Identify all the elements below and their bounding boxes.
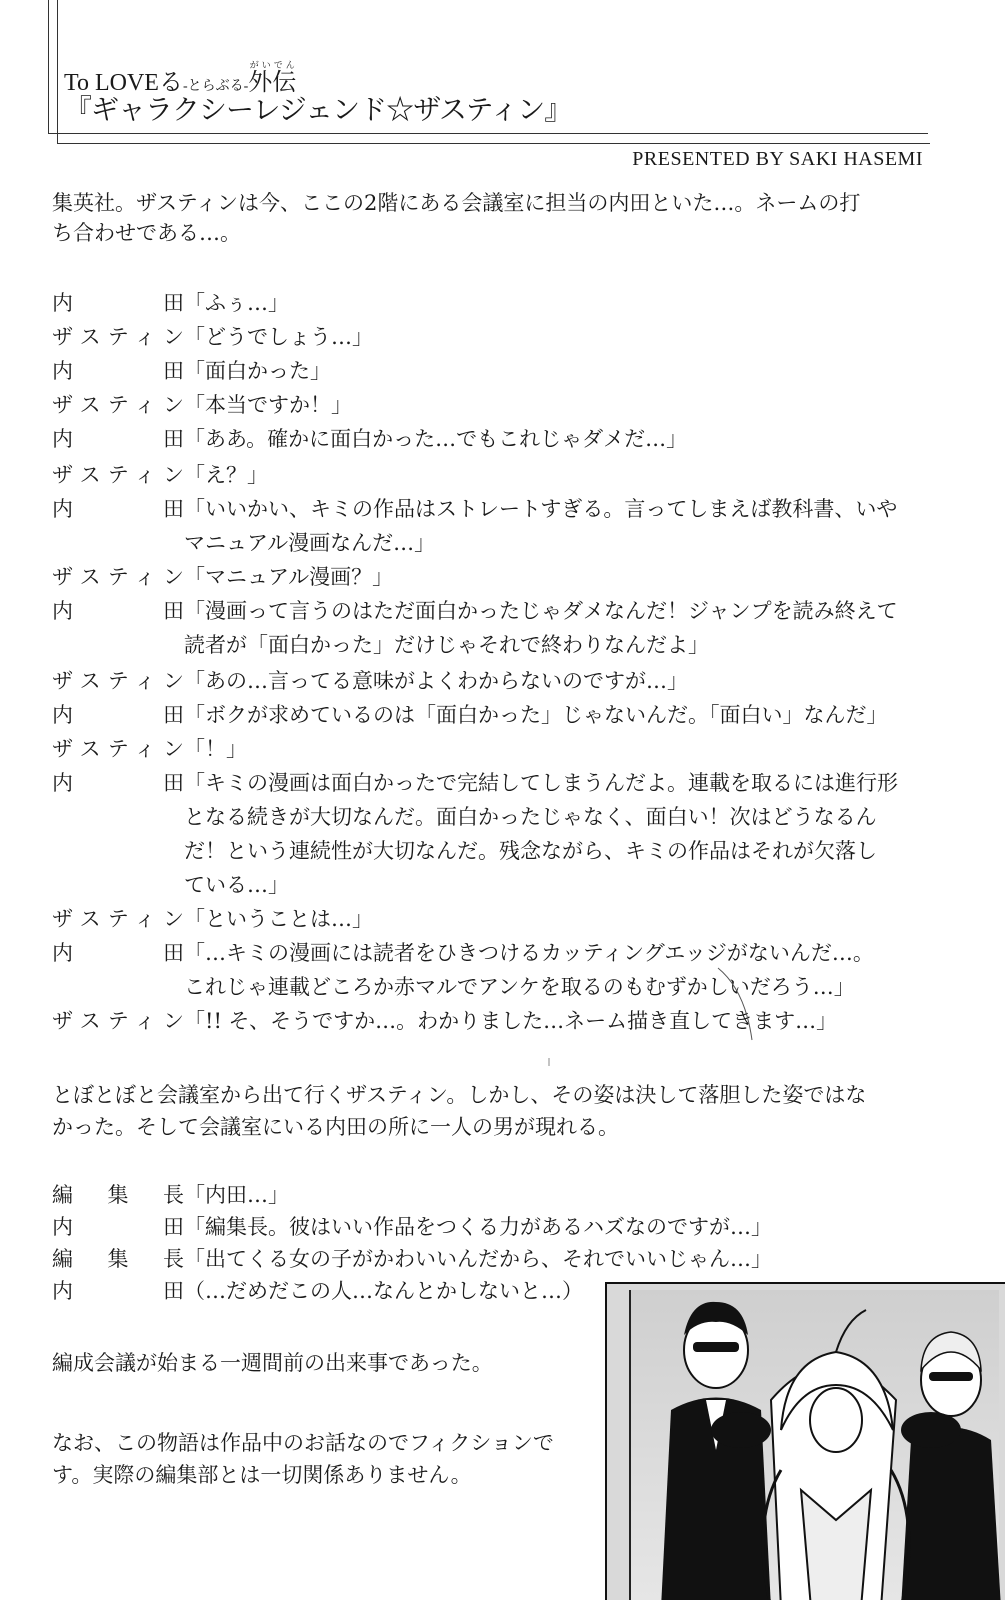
header-frame-line [48,0,49,134]
speaker-name: 内田 [52,1212,184,1242]
dialogue-line: ザスティン「ということは…」 [52,904,373,934]
narration-line: かった。そして会議室にいる内田の所に一人の男が現れる。 [52,1112,619,1142]
dialogue-text: 「どうでしょう…」 [184,325,373,349]
speaker-name: 内田 [52,494,184,524]
dialogue-line: ザスティン「！」 [52,734,247,764]
author-byline: PRESENTED BY SAKI HASEMI [632,148,923,171]
dialogue-text: 「いいかい、キミの作品はストレートすぎる。言ってしまえば教科書、いや [184,497,897,521]
characters-illustration [631,1290,1005,1600]
dialogue-line: 内田「キミの漫画は面白かったで完結してしまうんだよ。連載を取るには進行形 [52,768,898,798]
dialogue-line: ザスティン「どうでしょう…」 [52,322,373,352]
speaker-name: 内田 [52,1276,184,1306]
speaker-name: 内田 [52,768,184,798]
intro-line: ち合わせである…。 [52,218,241,248]
dialogue-line: ザスティン「本当ですか！」 [52,390,352,420]
speaker-name: 編集長 [52,1244,184,1274]
speaker-name: ザスティン [52,562,184,592]
dialogue-text: 「ふぅ…」 [184,291,289,315]
speaker-name: ザスティン [52,666,184,696]
dialogue-text: 「出てくる女の子がかわいいんだから、それでいいじゃん…」 [184,1247,772,1271]
dialogue-continuation: となる続きが大切なんだ。面白かったじゃなく、面白い！次はどうなるん [184,802,877,832]
dialogue-line: 編集長「出てくる女の子がかわいいんだから、それでいいじゃん…」 [52,1244,772,1274]
dialogue-line: 内田（…だめだこの人…なんとかしないと…） [52,1276,583,1306]
dialogue-line: ザスティン「あの…言ってる意味がよくわからないのですが…」 [52,666,688,696]
speaker-name: 内田 [52,596,184,626]
dialogue-text: 「!! そ、そうですか…。わかりました…ネーム描き直してきます…」 [184,1009,837,1033]
dialogue-text: 「面白かった」 [184,359,331,383]
manga-panel-art [629,1290,999,1600]
speaker-name: ザスティン [52,460,184,490]
speaker-name: 内田 [52,700,184,730]
dialogue-text: 「キミの漫画は面白かったで完結してしまうんだよ。連載を取るには進行形 [184,771,898,795]
dialogue-line: 編集長「内田…」 [52,1180,289,1210]
dialogue-continuation: マニュアル漫画なんだ…」 [184,528,435,558]
dialogue-line: 内田「漫画って言うのはただ面白かったじゃダメなんだ！ジャンプを読み終えて [52,596,898,626]
dialogue-continuation: これじゃ連載どころか赤マルでアンケを取るのもむずかしいだろう…」 [184,972,855,1002]
dialogue-text: 「ということは…」 [184,907,373,931]
dialogue-continuation: だ！という連続性が大切なんだ。残念ながら、キミの作品はそれが欠落し [184,836,877,866]
manga-panel [605,1282,1005,1600]
speaker-name: ザスティン [52,734,184,764]
speaker-name: 内田 [52,938,184,968]
dialogue-text: 「あの…言ってる意味がよくわからないのですが…」 [184,669,688,693]
narration-line: 編成会議が始まる一週間前の出来事であった。 [52,1348,493,1378]
speaker-name: 内田 [52,356,184,386]
speaker-name: ザスティン [52,322,184,352]
story-title: 『ギャラクシーレジェンド☆ザスティン』 [64,88,571,128]
dialogue-text: 「内田…」 [184,1183,289,1207]
speaker-name: ザスティン [52,904,184,934]
dialogue-line: 内田「ふぅ…」 [52,288,289,318]
speaker-name: 内田 [52,424,184,454]
dialogue-text: 「マニュアル漫画？」 [184,565,393,589]
dialogue-line: ザスティン「え？」 [52,460,268,490]
disclaimer-line: す。実際の編集部とは一切関係ありません。 [52,1460,472,1490]
speaker-name: 内田 [52,288,184,318]
dialogue-line: 内田「いいかい、キミの作品はストレートすぎる。言ってしまえば教科書、いや [52,494,897,524]
dialogue-text: 「…キミの漫画には読者をひきつけるカッティングエッジがないんだ…。 [184,941,874,965]
dialogue-line: 内田「面白かった」 [52,356,331,386]
header-frame-line [57,0,58,144]
dialogue-text: 「ああ。確かに面白かった…でもこれじゃダメだ…」 [184,427,687,451]
dialogue-text: 「ボクが求めているのは「面白かった」じゃないんだ。「面白い」なんだ」 [184,703,888,727]
dialogue-line: 内田「ボクが求めているのは「面白かった」じゃないんだ。「面白い」なんだ」 [52,700,888,730]
dialogue-line: 内田「編集長。彼はいい作品をつくる力があるハズなのですが…」 [52,1212,772,1242]
dialogue-text: 「！」 [184,737,247,761]
narration-line: とぼとぼと会議室から出て行くザスティン。しかし、その姿は決して落胆した姿ではな [52,1080,866,1110]
dialogue-text: 「本当ですか！」 [184,393,352,417]
dialogue-line: 内田「ああ。確かに面白かった…でもこれじゃダメだ…」 [52,424,687,454]
header-frame-line [57,143,930,144]
intro-line: 集英社。ザスティンは今、ここの2階にある会議室に担当の内田といた…。ネームの打 [52,188,860,218]
disclaimer-line: なお、この物語は作品中のお話なのでフィクションで [52,1428,554,1458]
header-frame-line [48,133,928,134]
speaker-name: 編集長 [52,1180,184,1210]
dialogue-continuation: ている…」 [184,870,289,900]
dialogue-line: ザスティン「マニュアル漫画？」 [52,562,393,592]
dialogue-line: ザスティン「!! そ、そうですか…。わかりました…ネーム描き直してきます…」 [52,1006,837,1036]
speaker-name: ザスティン [52,390,184,420]
dialogue-text: （…だめだこの人…なんとかしないと…） [184,1279,583,1303]
speaker-name: ザスティン [52,1006,184,1036]
dialogue-line: 内田「…キミの漫画には読者をひきつけるカッティングエッジがないんだ…。 [52,938,874,968]
dialogue-text: 「編集長。彼はいい作品をつくる力があるハズなのですが…」 [184,1215,772,1239]
dialogue-text: 「漫画って言うのはただ面白かったじゃダメなんだ！ジャンプを読み終えて [184,599,898,623]
dialogue-continuation: 読者が「面白かった」だけじゃそれで終わりなんだよ」 [184,630,709,660]
dialogue-text: 「え？」 [184,463,268,487]
